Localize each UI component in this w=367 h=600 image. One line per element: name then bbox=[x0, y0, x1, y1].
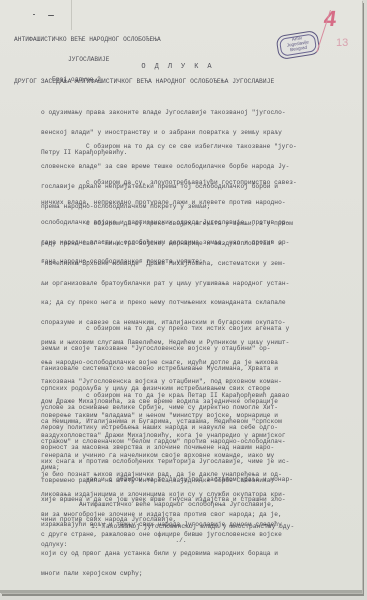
paragraph-line: "начелника Врховне команде" Драже Михајл… bbox=[41, 261, 359, 268]
organization-name-line1: АНТИФАШИСТИЧКО ВЕЋЕ НАРОДНОГ ОСЛОБОЂЕЊА bbox=[14, 37, 161, 44]
paragraph-line: с обзиром на то да је краљ Петар II Кара… bbox=[41, 393, 359, 400]
paragraph-line: ка; да су преко њега и преко њему потчињ… bbox=[41, 300, 359, 307]
archive-mark-subnumber: 13 bbox=[336, 38, 348, 49]
paragraph-line: ничких влада, непрекидно протурале лажи … bbox=[41, 200, 359, 207]
continuation-mark: ./. bbox=[0, 538, 362, 545]
organization-name-line2: ЈУГОСЛАВИЈЕ bbox=[14, 57, 161, 64]
document-title: ОДЛУКА bbox=[0, 64, 362, 71]
paragraph-line: С обзиром на то да су се све избегличке … bbox=[41, 144, 359, 151]
document-page: АНТИФАШИСТИЧКО ВЕЋЕ НАРОДНОГ ОСЛОБОЂЕЊА … bbox=[0, 0, 362, 593]
paragraph-line: Антифашистичко веће народног ослобођења … bbox=[41, 502, 359, 509]
paragraph-line: ганизовале систематско масовно истребљив… bbox=[41, 366, 359, 373]
document-subtitle: ДРУГОГ ЗАСЕДАЊА АНТИФАШИСТИЧКОГ ВЕЋА НАР… bbox=[14, 79, 274, 86]
paragraph-line: реду преко свог "министра војске, морнар… bbox=[41, 241, 359, 248]
preamble-line: о одузимању права законите владе Југосла… bbox=[41, 110, 359, 117]
stamp-line1: Arhiv bbox=[277, 33, 317, 44]
ink-speck bbox=[48, 15, 54, 16]
archive-stamp: Arhiv Jugoslavije Beograd bbox=[275, 30, 320, 60]
paragraph-line: љи организовале братоубилачки рат у циљу… bbox=[41, 281, 359, 288]
decision-item-1: 1. Такозваној југословенској влади у ино… bbox=[91, 524, 294, 531]
paragraph-line: генерала и учинио га начелником своје вр… bbox=[41, 453, 359, 460]
paragraph-line: многи пали херојском смрћу; bbox=[41, 571, 359, 578]
paragraph-line: с обзиром да су преко својих агената у з… bbox=[41, 221, 359, 228]
paragraph-line: поверење таквим "владама" и њеном "минис… bbox=[41, 413, 359, 420]
stamp-line2: Jugoslavije bbox=[278, 38, 318, 49]
paragraph-line: ваздухопловства" Дражи Михајловићу, кога… bbox=[41, 433, 359, 440]
paragraph-line: с обзиром на то да су преко тих истих св… bbox=[41, 326, 359, 333]
paragraph-line: с обзиром да су, злоупотребљавајући гост… bbox=[41, 180, 359, 187]
ink-speck bbox=[33, 14, 35, 15]
stamp-line3: Beograd bbox=[278, 43, 318, 54]
paragraph-line: као и с обзиром на то да су под заставом… bbox=[41, 477, 359, 484]
paragraph-line: земљи и своје такозване "Југословенске в… bbox=[41, 346, 359, 353]
document-header: АНТИФАШИСТИЧКО ВЕЋЕ НАРОДНОГ ОСЛОБОЂЕЊА … bbox=[14, 24, 161, 97]
